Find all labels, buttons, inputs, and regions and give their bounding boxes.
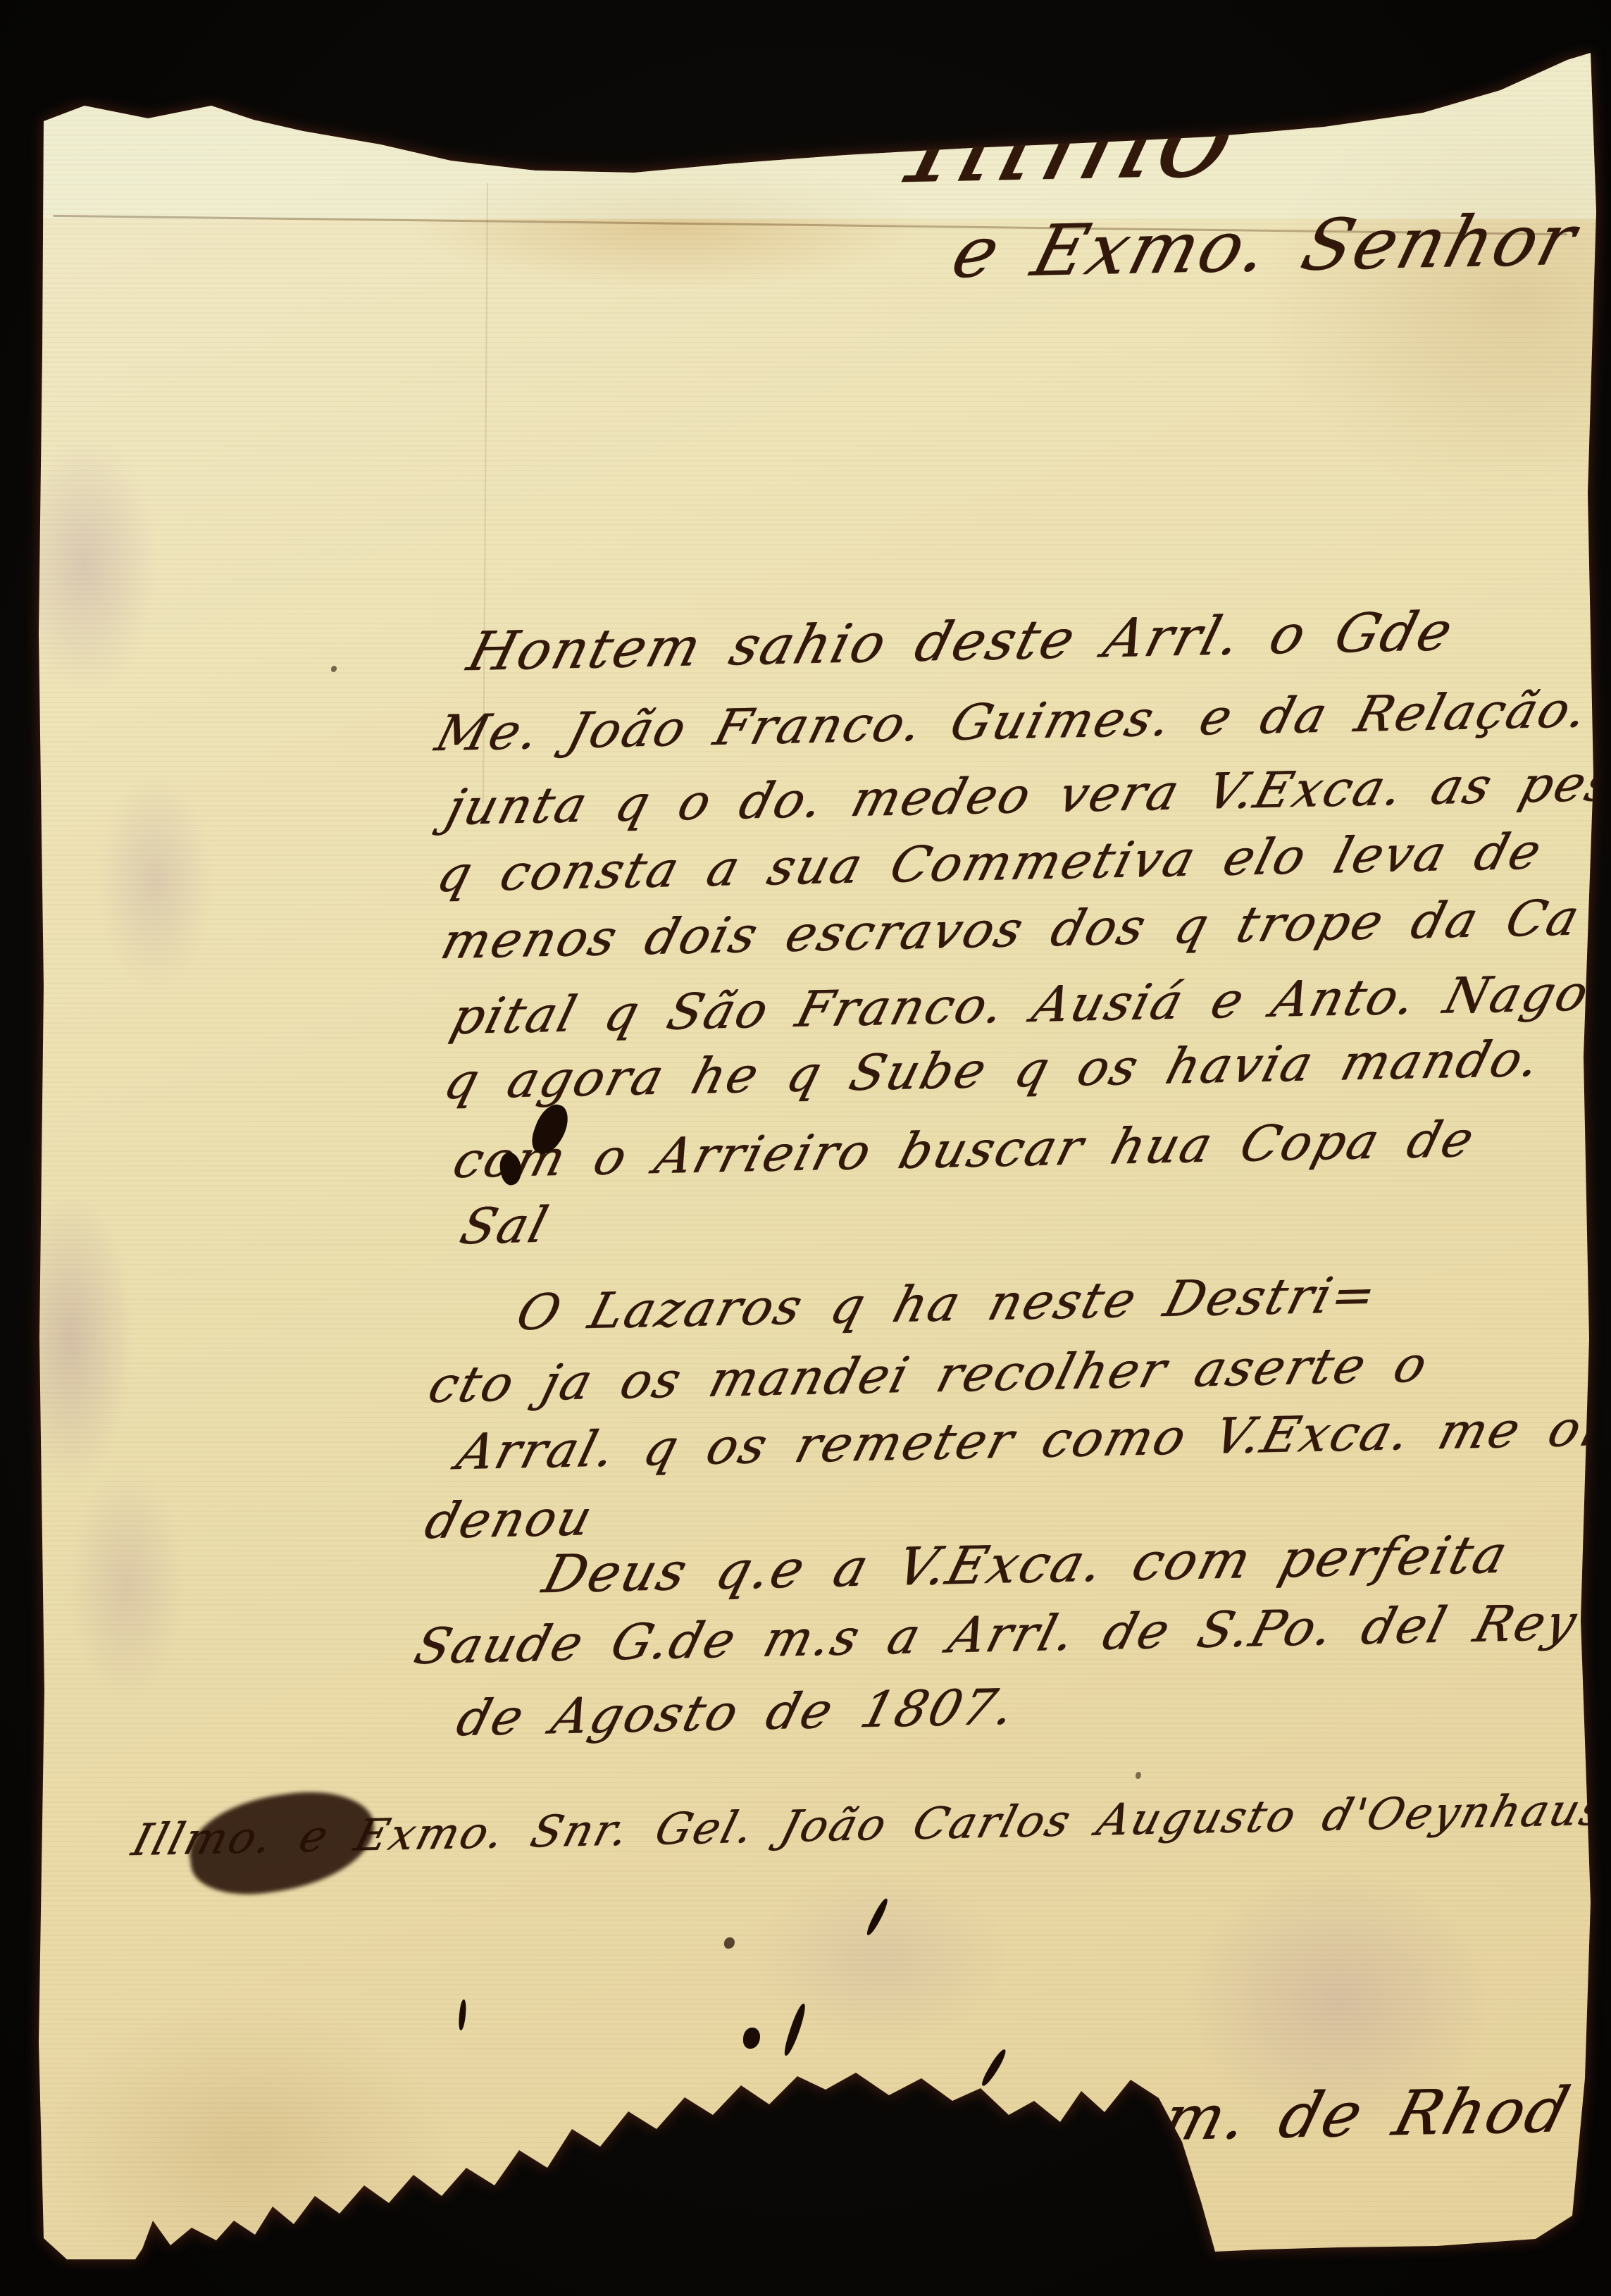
closing-line: Deus q.e a V.Exca. com perfeita — [537, 1525, 1515, 1605]
salutation-line-1: Illmo — [898, 75, 1252, 201]
signature: m. de Rhod — [1155, 2073, 1579, 2154]
ink-spatter — [724, 1937, 735, 1949]
body-line: O Lazaros q ha neste Destri= — [511, 1266, 1384, 1341]
ink-spatter — [458, 1999, 466, 2031]
closing-line: Saude G.de m.s a Arrl. de S.Po. del Rey … — [409, 1591, 1611, 1675]
body-line: Arral. q os remeter como V.Exca. me or — [451, 1399, 1611, 1481]
ink-spatter — [865, 1897, 890, 1937]
body-line: Sal — [454, 1196, 556, 1255]
ink-blot — [183, 1782, 381, 1903]
body-line: cto ja os mandei recolher aserte o — [423, 1336, 1435, 1414]
closing-line: de Agosto de 1807. — [451, 1678, 1023, 1747]
paper-sheet: 2 Illmo e Exmo. Senhor Hontem sahio dest… — [0, 0, 1611, 2296]
ink-spatter — [980, 2047, 1008, 2088]
aged-paper: 2 Illmo e Exmo. Senhor Hontem sahio dest… — [0, 0, 1611, 2296]
body-line: Me. João Franco. Guimes. e da Relação. — [430, 681, 1596, 762]
ink-spatter — [1136, 1772, 1141, 1779]
ink-spatter — [782, 2002, 807, 2057]
body-line: junta q o do. medeo vera V.Exca. as pess… — [440, 752, 1611, 836]
page-number-annotation: 2 — [118, 50, 144, 87]
manuscript-photo: 2 Illmo e Exmo. Senhor Hontem sahio dest… — [0, 0, 1611, 2296]
body-line: menos dois escravos dos q trope da Ca — [435, 888, 1587, 970]
ink-spatter — [331, 666, 337, 672]
ink-spatter — [743, 2028, 760, 2049]
body-line: Hontem sahio deste Arrl. o Gde — [461, 600, 1461, 683]
salutation-line-2: e Exmo. Senhor — [944, 199, 1586, 294]
body-line: q consta a sua Commetiva elo leva de — [431, 822, 1549, 903]
body-line: denou — [419, 1489, 600, 1550]
body-line: com o Arrieiro buscar hua Copa de — [447, 1110, 1481, 1189]
